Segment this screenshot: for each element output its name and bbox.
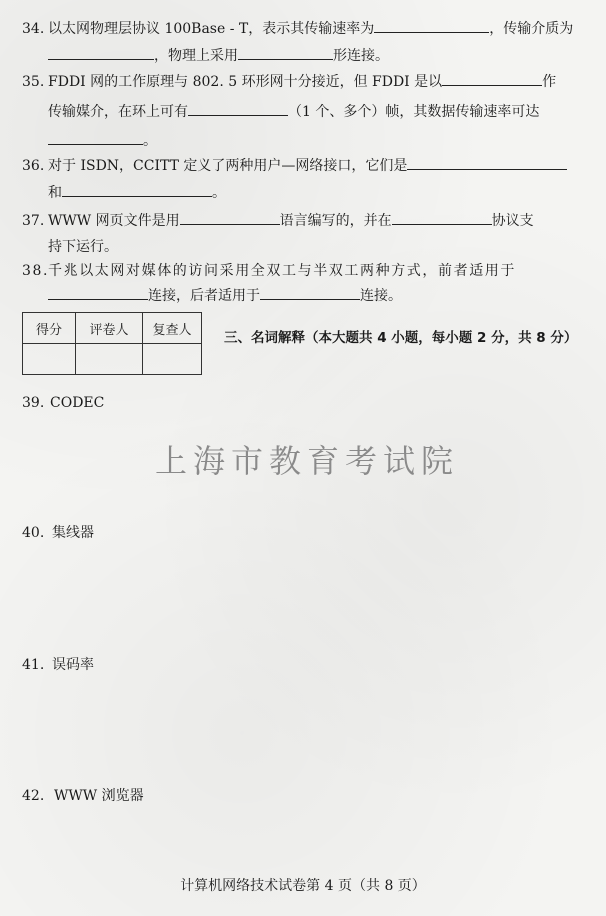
answer-blank[interactable] <box>238 47 333 60</box>
question-text: FDDI 网的工作原理与 802. 5 环形网十分接近，但 FDDI 是以 <box>48 74 442 90</box>
question-number: 39. <box>22 394 50 412</box>
question-text: ，物理上采用 <box>154 48 238 64</box>
answer-blank[interactable] <box>407 157 567 170</box>
question-34: 34.以太网物理层协议 100Base - T，表示其传输速率为，传输介质为 <box>22 20 573 38</box>
grader-cell[interactable] <box>76 344 143 375</box>
question-number: 36. <box>22 157 48 175</box>
term-42: 42.WWW 浏览器 <box>22 787 144 805</box>
term-41: 41.误码率 <box>22 656 94 674</box>
question-text: 和 <box>48 185 62 201</box>
answer-blank[interactable] <box>260 287 360 300</box>
section-title: 三、名词解释（本大题共 4 小题，每小题 2 分，共 8 分） <box>224 326 577 346</box>
question-36: 36.对于 ISDN，CCITT 定义了两种用户—网络接口，它们是 <box>22 157 567 175</box>
score-header: 得分 <box>23 313 76 344</box>
question-36-line2: 和。 <box>48 184 226 202</box>
term-label: 误码率 <box>52 657 94 673</box>
question-text: 持下运行。 <box>48 239 118 255</box>
page-footer: 计算机网络技术试卷第 4 页（共 8 页） <box>0 875 606 895</box>
question-34-line2: ，物理上采用形连接。 <box>48 47 389 65</box>
question-text: ，传输介质为 <box>489 21 573 37</box>
question-38: 38.千兆以太网对媒体的访问采用全双工与半双工两种方式，前者适用于 <box>22 262 516 280</box>
question-number: 34. <box>22 20 48 38</box>
question-37-line2: 持下运行。 <box>48 238 118 256</box>
reviewer-cell[interactable] <box>143 344 202 375</box>
reviewer-header: 复查人 <box>143 313 202 344</box>
question-number: 35. <box>22 73 48 91</box>
term-label: CODEC <box>50 395 104 411</box>
question-text: 千兆以太网对媒体的访问采用全双工与半双工两种方式，前者适用于 <box>48 263 516 279</box>
answer-blank[interactable] <box>48 47 154 60</box>
question-text: 。 <box>212 185 226 201</box>
question-number: 41. <box>22 656 52 674</box>
answer-blank[interactable] <box>392 212 492 225</box>
question-35-line3: 。 <box>48 132 157 150</box>
answer-blank[interactable] <box>48 287 148 300</box>
question-number: 37. <box>22 212 48 230</box>
watermark: 上海市教育考试院 <box>155 436 459 482</box>
question-number: 42. <box>22 787 54 805</box>
answer-blank[interactable] <box>62 184 212 197</box>
question-text: 传输媒介，在环上可有 <box>48 104 188 120</box>
question-text: WWW 网页文件是用 <box>48 213 180 229</box>
question-text: 连接，后者适用于 <box>148 288 260 304</box>
question-text: （1 个、多个）帧，其数据传输速率可达 <box>288 104 539 120</box>
question-text: 语言编写的，并在 <box>280 213 392 229</box>
answer-blank[interactable] <box>188 103 288 116</box>
question-number: 40. <box>22 524 52 542</box>
term-40: 40.集线器 <box>22 524 94 542</box>
question-37: 37.WWW 网页文件是用语言编写的，并在协议支 <box>22 212 534 230</box>
score-cell[interactable] <box>23 344 76 375</box>
grader-header: 评卷人 <box>76 313 143 344</box>
score-table: 得分 评卷人 复查人 <box>22 312 202 375</box>
question-text: 对于 ISDN，CCITT 定义了两种用户—网络接口，它们是 <box>48 158 407 174</box>
answer-blank[interactable] <box>374 20 489 33</box>
question-35-line2: 传输媒介，在环上可有（1 个、多个）帧，其数据传输速率可达 <box>48 103 539 121</box>
question-text: 作 <box>542 74 556 90</box>
question-text: 以太网物理层协议 100Base - T，表示其传输速率为 <box>48 21 374 37</box>
question-text: 。 <box>143 133 157 149</box>
term-label: WWW 浏览器 <box>54 788 144 804</box>
term-label: 集线器 <box>52 525 94 541</box>
question-text: 协议支 <box>492 213 534 229</box>
answer-blank[interactable] <box>48 132 143 145</box>
question-text: 连接。 <box>360 288 402 304</box>
term-39: 39.CODEC <box>22 394 104 412</box>
question-35: 35.FDDI 网的工作原理与 802. 5 环形网十分接近，但 FDDI 是以… <box>22 73 556 91</box>
question-text: 形连接。 <box>333 48 389 64</box>
answer-blank[interactable] <box>180 212 280 225</box>
question-38-line2: 连接，后者适用于连接。 <box>48 287 402 305</box>
question-number: 38. <box>22 262 48 280</box>
answer-blank[interactable] <box>442 73 542 86</box>
